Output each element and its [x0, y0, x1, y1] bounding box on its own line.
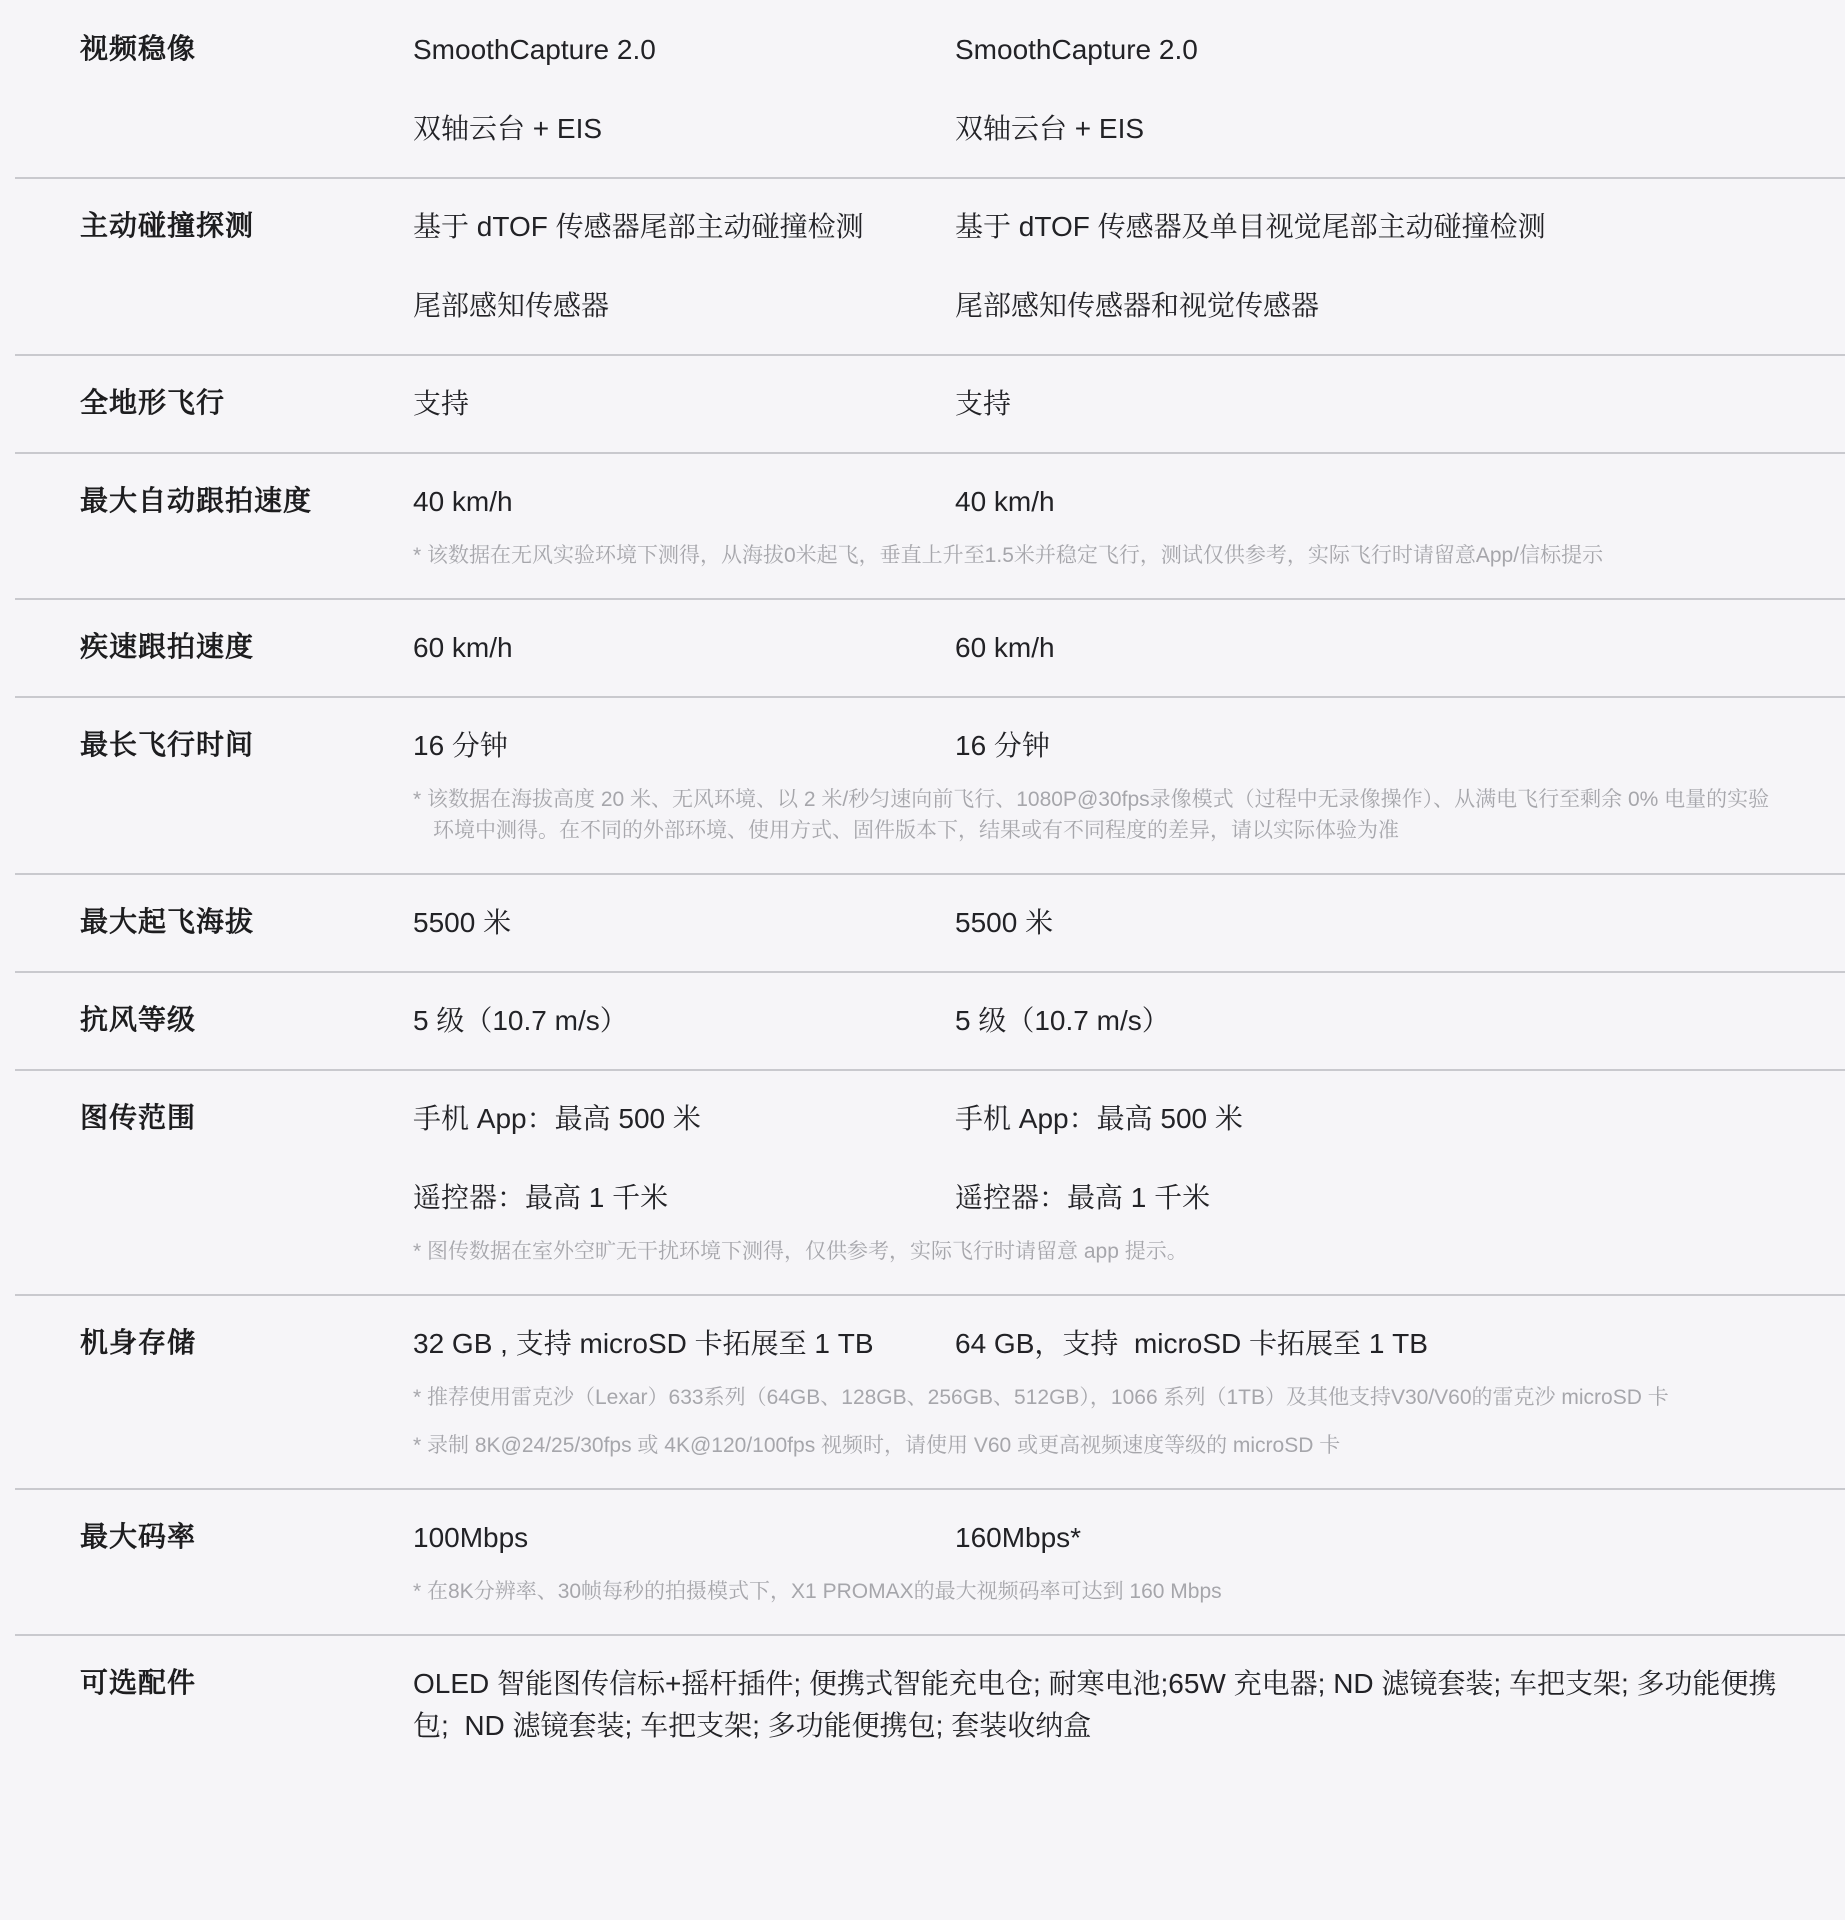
spec-value-col1: 32 GB , 支持 microSD 卡拓展至 1 TB [413, 1323, 955, 1365]
spec-value-col1: 支持 [413, 383, 955, 425]
value-line: 5500 米 [955, 902, 1795, 944]
value-line: 64 GB，支持 microSD 卡拓展至 1 TB [955, 1323, 1795, 1365]
value-line: 支持 [955, 383, 1795, 425]
spec-label: 机身存储 [80, 1323, 413, 1363]
value-line: 5 级（10.7 m/s） [955, 1000, 1795, 1042]
value-line: 100Mbps [413, 1517, 925, 1559]
value-line: OLED 智能图传信标+摇杆插件; 便携式智能充电仓; 耐寒电池;65W 充电器… [413, 1663, 1795, 1747]
spec-footnotes: * 在8K分辨率、30帧每秒的拍摄模式下，X1 PROMAX的最大视频码率可达到… [413, 1576, 1785, 1607]
value-line: 手机 App：最高 500 米 [955, 1098, 1795, 1140]
spec-row: 疾速跟拍速度 60 km/h 60 km/h [0, 600, 1845, 698]
value-line: 支持 [413, 383, 925, 425]
spec-table: 视频稳像 SmoothCapture 2.0双轴云台 + EIS SmoothC… [0, 0, 1845, 1776]
footnote-text: * 推荐使用雷克沙（Lexar）633系列（64GB、128GB、256GB、5… [413, 1382, 1785, 1413]
spec-row: 最长飞行时间 16 分钟 16 分钟 * 该数据在海拔高度 20 米、无风环境、… [0, 698, 1845, 875]
value-line: 16 分钟 [413, 725, 925, 767]
spec-label: 最长飞行时间 [80, 725, 413, 765]
spec-value-col1: SmoothCapture 2.0双轴云台 + EIS [413, 29, 955, 150]
value-line: 手机 App：最高 500 米 [413, 1098, 925, 1140]
value-line: 60 km/h [413, 627, 925, 669]
value-line: 双轴云台 + EIS [955, 108, 1795, 150]
spec-footnotes: * 该数据在海拔高度 20 米、无风环境、以 2 米/秒匀速向前飞行、1080P… [413, 784, 1785, 846]
spec-value-col1: 5500 米 [413, 902, 955, 944]
spec-label: 图传范围 [80, 1098, 413, 1138]
value-line: 遥控器：最高 1 千米 [413, 1177, 925, 1219]
footnote-text: * 该数据在海拔高度 20 米、无风环境、以 2 米/秒匀速向前飞行、1080P… [413, 784, 1785, 846]
value-line: 双轴云台 + EIS [413, 108, 925, 150]
value-line: 16 分钟 [955, 725, 1795, 767]
spec-label: 主动碰撞探测 [80, 206, 413, 246]
value-line: 基于 dTOF 传感器及单目视觉尾部主动碰撞检测 [955, 206, 1795, 248]
spec-value-col2: 5 级（10.7 m/s） [955, 1000, 1795, 1042]
value-line: 尾部感知传感器 [413, 285, 925, 327]
spec-label: 最大码率 [80, 1517, 413, 1557]
spec-value-col2: 手机 App：最高 500 米遥控器：最高 1 千米 [955, 1098, 1795, 1219]
spec-row: 图传范围 手机 App：最高 500 米遥控器：最高 1 千米 手机 App：最… [0, 1071, 1845, 1296]
value-line: 160Mbps* [955, 1517, 1795, 1559]
value-line: 遥控器：最高 1 千米 [955, 1177, 1795, 1219]
value-line: 60 km/h [955, 627, 1795, 669]
spec-row: 抗风等级 5 级（10.7 m/s） 5 级（10.7 m/s） [0, 973, 1845, 1071]
value-line: 5500 米 [413, 902, 925, 944]
value-line: 基于 dTOF 传感器尾部主动碰撞检测 [413, 206, 925, 248]
value-line: 40 km/h [413, 481, 925, 523]
spec-label: 可选配件 [80, 1663, 413, 1703]
spec-row: 最大起飞海拔 5500 米 5500 米 [0, 875, 1845, 973]
footnote-text: * 图传数据在室外空旷无干扰环境下测得，仅供参考，实际飞行时请留意 app 提示… [413, 1236, 1785, 1267]
spec-label: 最大自动跟拍速度 [80, 481, 413, 521]
footnote-text: * 录制 8K@24/25/30fps 或 4K@120/100fps 视频时，… [413, 1430, 1785, 1461]
value-line: 尾部感知传感器和视觉传感器 [955, 285, 1795, 327]
spec-label: 视频稳像 [80, 29, 413, 69]
spec-value-col2: SmoothCapture 2.0双轴云台 + EIS [955, 29, 1795, 150]
spec-value-col2: 60 km/h [955, 627, 1795, 669]
spec-value-col1: 基于 dTOF 传感器尾部主动碰撞检测尾部感知传感器 [413, 206, 955, 327]
value-line: SmoothCapture 2.0 [955, 29, 1795, 71]
spec-value-col2: 16 分钟 [955, 725, 1795, 767]
spec-row: 主动碰撞探测 基于 dTOF 传感器尾部主动碰撞检测尾部感知传感器 基于 dTO… [0, 179, 1845, 356]
spec-value-col1: 100Mbps [413, 1517, 955, 1559]
spec-footnotes: * 该数据在无风实验环境下测得，从海拔0米起飞，垂直上升至1.5米并稳定飞行，测… [413, 540, 1785, 571]
spec-value-col1: 16 分钟 [413, 725, 955, 767]
spec-label: 疾速跟拍速度 [80, 627, 413, 667]
spec-label: 全地形飞行 [80, 383, 413, 423]
spec-row: 最大自动跟拍速度 40 km/h 40 km/h * 该数据在无风实验环境下测得… [0, 454, 1845, 600]
spec-value-col1: 60 km/h [413, 627, 955, 669]
spec-value-col2: 64 GB，支持 microSD 卡拓展至 1 TB [955, 1323, 1795, 1365]
value-line: 5 级（10.7 m/s） [413, 1000, 925, 1042]
value-line: SmoothCapture 2.0 [413, 29, 925, 71]
spec-row: 最大码率 100Mbps 160Mbps* * 在8K分辨率、30帧每秒的拍摄模… [0, 1490, 1845, 1636]
spec-value-col2: 5500 米 [955, 902, 1795, 944]
spec-value-col2: 支持 [955, 383, 1795, 425]
footnote-text: * 在8K分辨率、30帧每秒的拍摄模式下，X1 PROMAX的最大视频码率可达到… [413, 1576, 1785, 1607]
spec-footnotes: * 图传数据在室外空旷无干扰环境下测得，仅供参考，实际飞行时请留意 app 提示… [413, 1236, 1785, 1267]
spec-row: 可选配件 OLED 智能图传信标+摇杆插件; 便携式智能充电仓; 耐寒电池;65… [0, 1636, 1845, 1776]
spec-value-col1: OLED 智能图传信标+摇杆插件; 便携式智能充电仓; 耐寒电池;65W 充电器… [413, 1663, 1795, 1747]
spec-row: 全地形飞行 支持 支持 [0, 356, 1845, 454]
spec-footnotes: * 推荐使用雷克沙（Lexar）633系列（64GB、128GB、256GB、5… [413, 1382, 1785, 1461]
spec-value-col1: 5 级（10.7 m/s） [413, 1000, 955, 1042]
value-line: 32 GB , 支持 microSD 卡拓展至 1 TB [413, 1323, 925, 1365]
spec-row: 机身存储 32 GB , 支持 microSD 卡拓展至 1 TB 64 GB，… [0, 1296, 1845, 1490]
spec-row: 视频稳像 SmoothCapture 2.0双轴云台 + EIS SmoothC… [0, 2, 1845, 179]
value-line: 40 km/h [955, 481, 1795, 523]
footnote-text: * 该数据在无风实验环境下测得，从海拔0米起飞，垂直上升至1.5米并稳定飞行，测… [413, 540, 1785, 571]
spec-label: 最大起飞海拔 [80, 902, 413, 942]
spec-label: 抗风等级 [80, 1000, 413, 1040]
spec-value-col2: 160Mbps* [955, 1517, 1795, 1559]
spec-value-col2: 基于 dTOF 传感器及单目视觉尾部主动碰撞检测尾部感知传感器和视觉传感器 [955, 206, 1795, 327]
spec-value-col1: 手机 App：最高 500 米遥控器：最高 1 千米 [413, 1098, 955, 1219]
spec-value-col2: 40 km/h [955, 481, 1795, 523]
spec-value-col1: 40 km/h [413, 481, 955, 523]
